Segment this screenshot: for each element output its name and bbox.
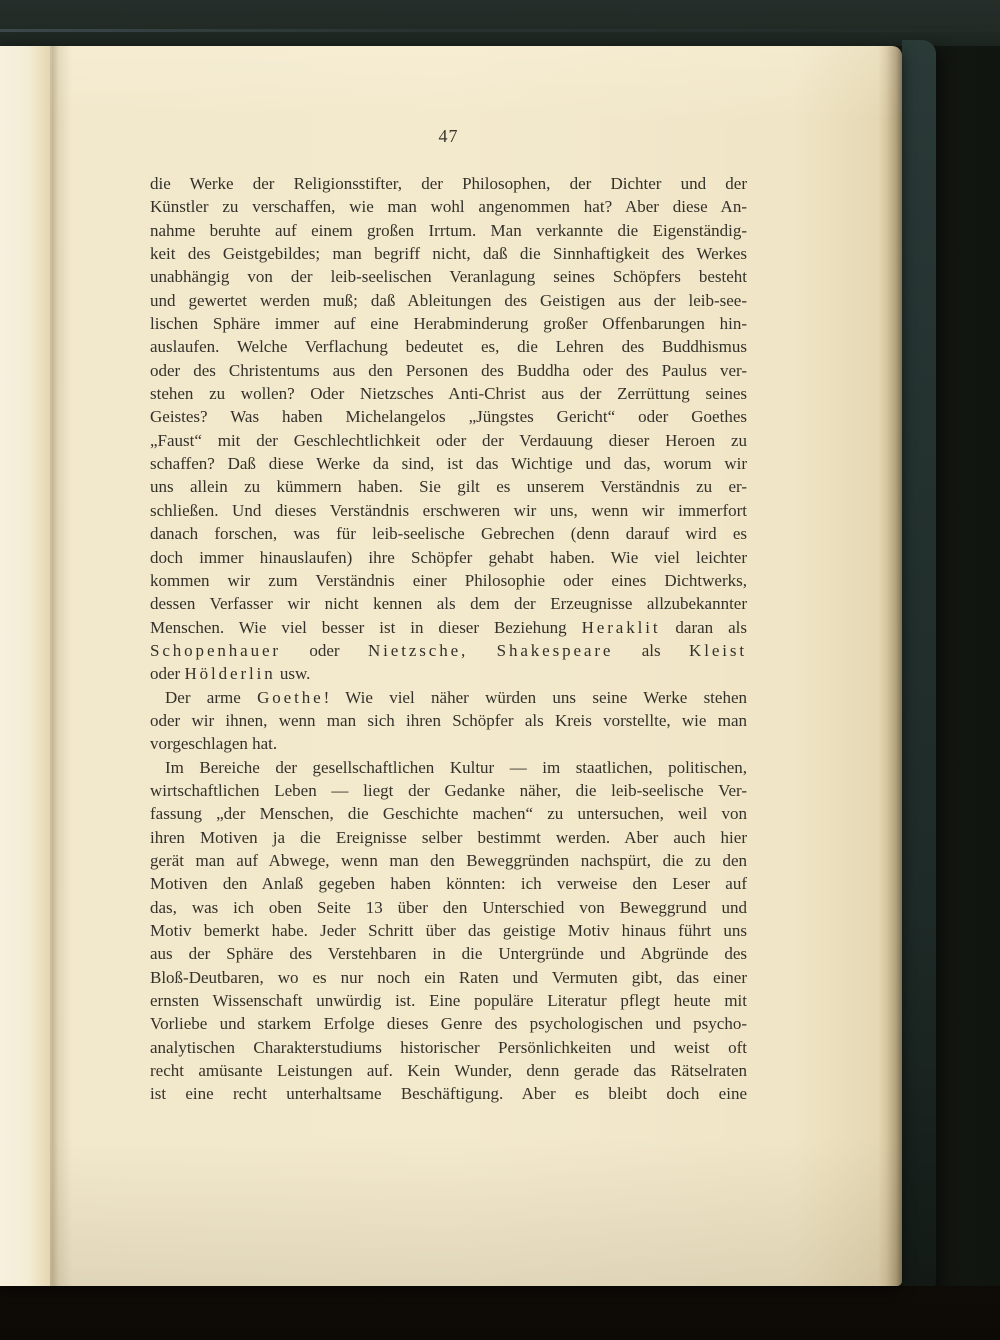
text-segment: Menschen. Wie viel besser ist in dieser …: [150, 618, 582, 637]
text-segment: Künstler zu verschaffen, wie man wohl an…: [150, 197, 747, 216]
text-segment: uns allein zu kümmern haben. Sie gilt es…: [150, 477, 747, 496]
text-line: Motiv bemerkt habe. Jeder Schritt über d…: [150, 919, 747, 942]
text-line: oder des Christentums aus den Personen d…: [150, 359, 747, 382]
text-segment: [468, 641, 496, 660]
text-line: fassung „der Menschen, die Geschichte ma…: [150, 802, 747, 825]
text-line: Bloß-Deutbaren, wo es nur noch ein Raten…: [150, 966, 747, 989]
text-segment: ihren Motiven ja die Ereignisse selber b…: [150, 828, 747, 847]
text-segment: oder wir ihnen, wenn man sich ihren Schö…: [150, 711, 747, 730]
text-line: vorgeschlagen hat.: [150, 732, 747, 755]
text-segment: die Werke der Religionsstifter, der Phil…: [150, 174, 747, 193]
text-segment: keit des Geistgebildes; man begriff nich…: [150, 244, 747, 263]
text-segment: Der arme: [165, 688, 257, 707]
paragraph: Der arme Goethe! Wie viel näher würden u…: [150, 686, 747, 756]
text-line: lischen Sphäre immer auf eine Herabminde…: [150, 312, 747, 335]
gutter-shadow: [50, 46, 72, 1286]
text-line: Geistes? Was haben Michelangelos „Jüngst…: [150, 405, 747, 428]
paragraph: Im Bereiche der gesellschaftlichen Kultu…: [150, 756, 747, 1106]
text-line: oder Hölderlin usw.: [150, 662, 747, 685]
book-scan: 47 die Werke der Religionsstifter, der P…: [0, 0, 1000, 1340]
text-segment: ernsten Wissenschaft unwürdig ist. Eine …: [150, 991, 747, 1010]
text-line: das, was ich oben Seite 13 über den Unte…: [150, 896, 747, 919]
text-segment: Bloß-Deutbaren, wo es nur noch ein Raten…: [150, 968, 747, 987]
text-line: wirtschaftlichen Leben — liegt der Gedan…: [150, 779, 747, 802]
text-segment: Vorliebe und starkem Erfolge dieses Genr…: [150, 1014, 747, 1033]
text-line: kommen wir zum Verständnis einer Philoso…: [150, 569, 747, 592]
text-line: ernsten Wissenschaft unwürdig ist. Eine …: [150, 989, 747, 1012]
text-segment: dessen Verfasser wir nicht kennen als de…: [150, 594, 747, 613]
text-segment: recht amüsante Leistungen auf. Kein Wund…: [150, 1061, 747, 1080]
text-line: ist eine recht unterhaltsame Beschäftigu…: [150, 1082, 747, 1105]
cover-seam: [0, 29, 1000, 32]
text-line: doch immer hinauslaufen) ihre Schöpfer g…: [150, 546, 747, 569]
text-segment: unabhängig von der leib-seelischen Veran…: [150, 267, 747, 286]
text-segment: Im Bereiche der gesellschaftlichen Kultu…: [165, 758, 747, 777]
text-segment: ist eine recht unterhaltsame Beschäftigu…: [150, 1084, 747, 1103]
book-cover-bottom: [0, 1286, 1000, 1340]
text-segment: oder: [150, 664, 184, 683]
text-line: Der arme Goethe! Wie viel näher würden u…: [150, 686, 747, 709]
book-cover-edge: [902, 40, 936, 1288]
text-segment: oder: [281, 641, 368, 660]
text-segment: ! Wie viel näher würden uns seine Werke …: [324, 688, 747, 707]
text-segment: lischen Sphäre immer auf eine Herabminde…: [150, 314, 747, 333]
text-segment: Geistes? Was haben Michelangelos „Jüngst…: [150, 407, 747, 426]
letterspaced-name: Schopenhauer: [150, 641, 281, 660]
text-line: Schopenhauer oder Nietzsche, Shakespeare…: [150, 639, 747, 662]
text-segment: gerät man auf Abwege, wenn man den Beweg…: [150, 851, 747, 870]
text-line: schaffen? Daß diese Werke da sind, ist d…: [150, 452, 747, 475]
text-segment: oder des Christentums aus den Personen d…: [150, 361, 747, 380]
text-block: die Werke der Religionsstifter, der Phil…: [150, 172, 747, 1106]
text-segment: kommen wir zum Verständnis einer Philoso…: [150, 571, 747, 590]
text-line: danach forschen, was für leib-seelische …: [150, 522, 747, 545]
text-segment: stehen zu wollen? Oder Nietzsches Anti-C…: [150, 384, 747, 403]
text-segment: Motiv bemerkt habe. Jeder Schritt über d…: [150, 921, 747, 940]
book-cover-top: [0, 0, 1000, 46]
text-segment: daran als: [660, 618, 747, 637]
text-segment: als: [613, 641, 689, 660]
paragraph: die Werke der Religionsstifter, der Phil…: [150, 172, 747, 686]
page-number: 47: [150, 126, 747, 147]
text-line: oder wir ihnen, wenn man sich ihren Schö…: [150, 709, 747, 732]
letterspaced-name: Kleist: [689, 641, 747, 660]
text-segment: vorgeschlagen hat.: [150, 734, 277, 753]
text-line: Motiven den Anlaß gegeben haben könnten:…: [150, 872, 747, 895]
text-segment: fassung „der Menschen, die Geschichte ma…: [150, 804, 747, 823]
facing-page-edge: [0, 46, 50, 1286]
text-line: Vorliebe und starkem Erfolge dieses Genr…: [150, 1012, 747, 1035]
text-line: die Werke der Religionsstifter, der Phil…: [150, 172, 747, 195]
text-line: schließen. Und dieses Verständnis erschw…: [150, 499, 747, 522]
text-line: aus der Sphäre des Verstehbaren in die U…: [150, 942, 747, 965]
text-segment: schaffen? Daß diese Werke da sind, ist d…: [150, 454, 747, 473]
text-segment: analytischen Charakterstudiums historisc…: [150, 1038, 747, 1057]
text-segment: danach forschen, was für leib-seelische …: [150, 524, 747, 543]
text-segment: Motiven den Anlaß gegeben haben könnten:…: [150, 874, 747, 893]
text-line: gerät man auf Abwege, wenn man den Beweg…: [150, 849, 747, 872]
text-line: uns allein zu kümmern haben. Sie gilt es…: [150, 475, 747, 498]
text-segment: usw.: [276, 664, 311, 683]
text-segment: nahme beruhte auf einem großen Irrtum. M…: [150, 221, 747, 240]
text-line: auslaufen. Welche Verflachung bedeutet e…: [150, 335, 747, 358]
book-page: 47 die Werke der Religionsstifter, der P…: [0, 46, 902, 1286]
text-segment: schließen. Und dieses Verständnis erschw…: [150, 501, 747, 520]
text-line: und gewertet werden muß; daß Ableitungen…: [150, 289, 747, 312]
page-edge-shadow: [878, 46, 902, 1286]
text-segment: doch immer hinauslaufen) ihre Schöpfer g…: [150, 548, 747, 567]
text-line: analytischen Charakterstudiums historisc…: [150, 1036, 747, 1059]
text-segment: auslaufen. Welche Verflachung bedeutet e…: [150, 337, 747, 356]
letterspaced-name: Nietzsche,: [368, 641, 468, 660]
letterspaced-name: Goethe: [257, 688, 323, 707]
text-line: dessen Verfasser wir nicht kennen als de…: [150, 592, 747, 615]
text-segment: aus der Sphäre des Verstehbaren in die U…: [150, 944, 747, 963]
text-line: keit des Geistgebildes; man begriff nich…: [150, 242, 747, 265]
text-segment: und gewertet werden muß; daß Ableitungen…: [150, 291, 747, 310]
text-line: „Faust“ mit der Geschlechtlichkeit oder …: [150, 429, 747, 452]
text-line: unabhängig von der leib-seelischen Veran…: [150, 265, 747, 288]
text-line: nahme beruhte auf einem großen Irrtum. M…: [150, 219, 747, 242]
text-segment: wirtschaftlichen Leben — liegt der Gedan…: [150, 781, 747, 800]
text-line: ihren Motiven ja die Ereignisse selber b…: [150, 826, 747, 849]
text-line: Künstler zu verschaffen, wie man wohl an…: [150, 195, 747, 218]
text-line: Im Bereiche der gesellschaftlichen Kultu…: [150, 756, 747, 779]
text-line: stehen zu wollen? Oder Nietzsches Anti-C…: [150, 382, 747, 405]
text-segment: das, was ich oben Seite 13 über den Unte…: [150, 898, 747, 917]
text-line: recht amüsante Leistungen auf. Kein Wund…: [150, 1059, 747, 1082]
letterspaced-name: Shakespeare: [497, 641, 614, 660]
text-segment: „Faust“ mit der Geschlechtlichkeit oder …: [150, 431, 747, 450]
text-line: Menschen. Wie viel besser ist in dieser …: [150, 616, 747, 639]
letterspaced-name: Heraklit: [582, 618, 661, 637]
letterspaced-name: Hölderlin: [184, 664, 275, 683]
